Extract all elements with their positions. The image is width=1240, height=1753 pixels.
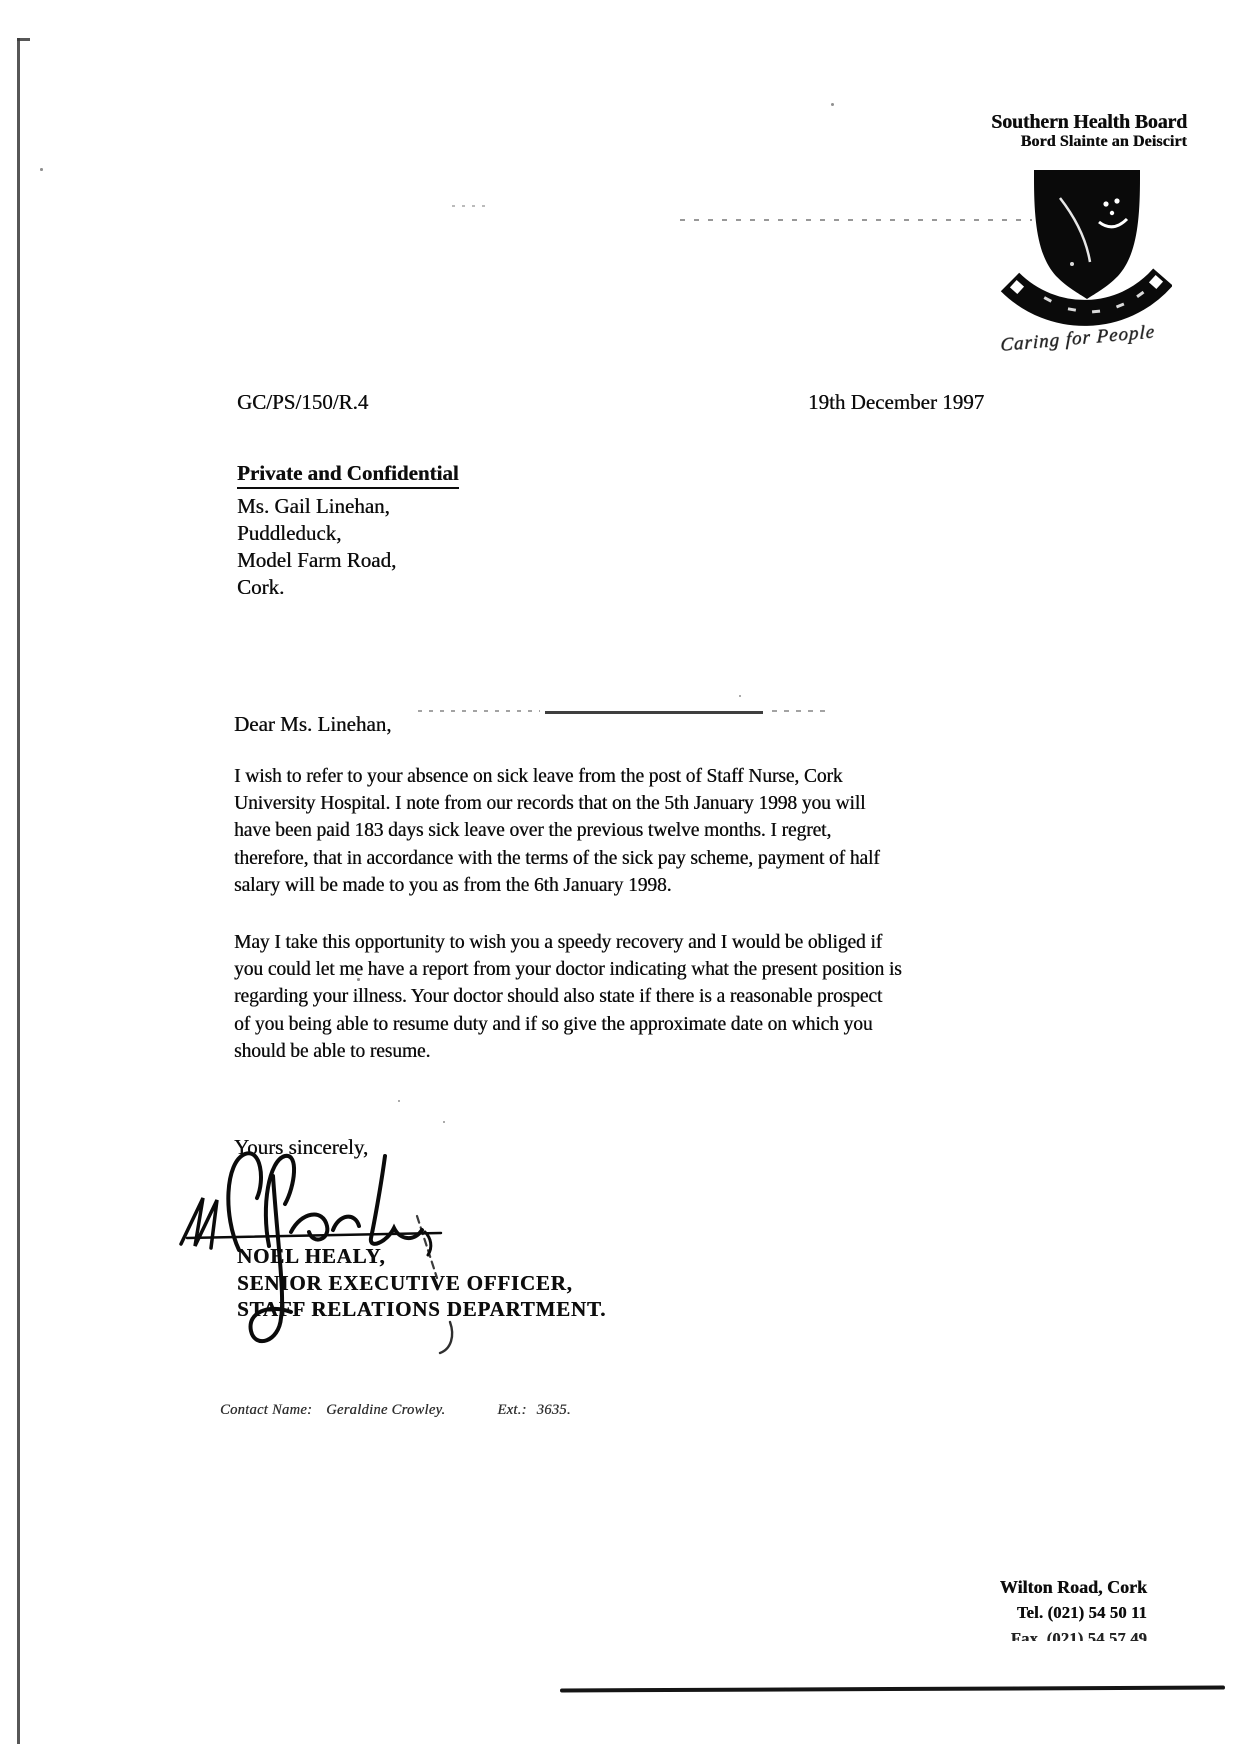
letterhead-footer: Wilton Road, Cork Tel. (021) 54 50 11 Fa… xyxy=(1000,1574,1147,1641)
recipient-line: Model Farm Road, xyxy=(237,547,396,574)
paragraph-line: I wish to refer to your absence on sick … xyxy=(234,763,880,790)
recipient-line: Ms. Gail Linehan, xyxy=(237,493,396,520)
paragraph-line: May I take this opportunity to wish you … xyxy=(234,929,902,956)
scanned-letter-page: Southern Health Board Bord Slainte an De… xyxy=(0,0,1240,1753)
paragraph-line: of you being able to resume duty and if … xyxy=(234,1011,902,1038)
confidentiality-label: Private and Confidential xyxy=(237,461,459,489)
scan-artifact-streak xyxy=(418,710,540,712)
contact-name-label: Contact Name: xyxy=(220,1402,312,1418)
body-paragraph-1: I wish to refer to your absence on sick … xyxy=(234,763,880,899)
scan-edge-line-stub xyxy=(17,38,30,41)
recipient-line: Cork. xyxy=(237,574,396,601)
scan-artifact-dashes xyxy=(680,219,1032,221)
paragraph-line: salary will be made to you as from the 6… xyxy=(234,872,880,899)
signatory-name: NOEL HEALY, xyxy=(237,1243,606,1270)
scan-speck xyxy=(831,103,834,106)
contact-name-value: Geraldine Crowley. xyxy=(326,1402,445,1418)
letter-date: 19th December 1997 xyxy=(808,390,984,415)
paragraph-line: therefore, that in accordance with the t… xyxy=(234,845,880,872)
org-name: Southern Health Board xyxy=(991,112,1187,133)
contact-ext-label: Ext.: xyxy=(497,1402,526,1418)
org-name-irish: Bord Slainte an Deiscirt xyxy=(991,134,1187,151)
body-paragraph-2: May I take this opportunity to wish you … xyxy=(234,929,902,1065)
scan-speck xyxy=(40,168,43,171)
letterhead: Southern Health Board Bord Slainte an De… xyxy=(991,112,1187,151)
signatory-title: SENIOR EXECUTIVE OFFICER, xyxy=(237,1270,606,1297)
footer-fax: Fax. (021) 54 57 49 xyxy=(1000,1626,1147,1641)
recipient-address: Ms. Gail Linehan, Puddleduck, Model Farm… xyxy=(237,493,396,601)
scan-edge-line xyxy=(17,38,20,1744)
scan-speck xyxy=(739,695,741,697)
paragraph-line: you could let me have a report from your… xyxy=(234,956,902,983)
paragraph-line: have been paid 183 days sick leave over … xyxy=(234,817,880,844)
recipient-line: Puddleduck, xyxy=(237,520,396,547)
paragraph-line: University Hospital. I note from our rec… xyxy=(234,790,880,817)
scan-artifact-streak xyxy=(545,711,763,714)
paragraph-line: should be able to resume. xyxy=(234,1038,902,1065)
footer-telephone: Tel. (021) 54 50 11 xyxy=(1000,1600,1147,1626)
contact-row: Contact Name:Geraldine Crowley.Ext.:3635… xyxy=(220,1402,571,1419)
paragraph-line: regarding your illness. Your doctor shou… xyxy=(234,983,902,1010)
contact-ext-value: 3635. xyxy=(537,1402,571,1418)
signatory-block: NOEL HEALY, SENIOR EXECUTIVE OFFICER, ST… xyxy=(237,1243,606,1323)
salutation: Dear Ms. Linehan, xyxy=(234,712,391,737)
scan-bottom-line xyxy=(560,1686,1225,1693)
signatory-department: STAFF RELATIONS DEPARTMENT. xyxy=(237,1296,606,1323)
reference-number: GC/PS/150/R.4 xyxy=(237,390,368,415)
scan-speck xyxy=(398,1100,400,1102)
scan-speck xyxy=(443,1121,445,1123)
scan-artifact-dashes-small xyxy=(452,205,486,207)
footer-address: Wilton Road, Cork xyxy=(1000,1574,1147,1600)
scan-artifact-streak xyxy=(772,710,828,712)
